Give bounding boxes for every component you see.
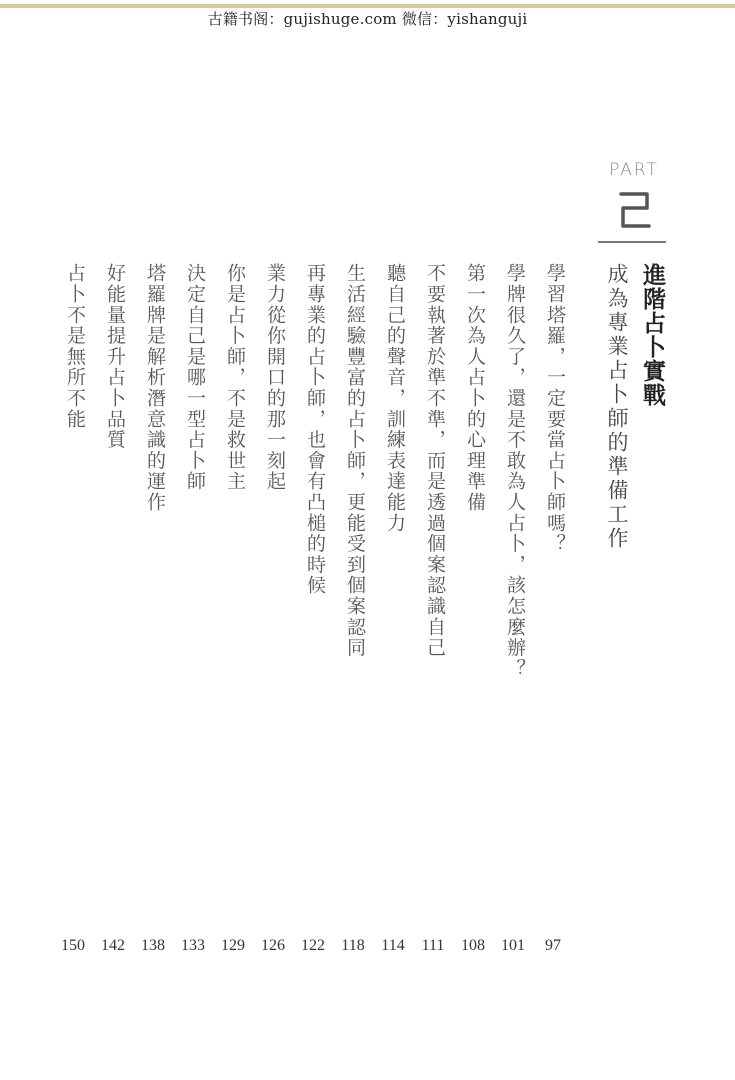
page-number: 150 bbox=[53, 937, 93, 955]
toc-entry[interactable]: 第一次為人占卜的心理準備 bbox=[462, 263, 489, 513]
page-number: 97 bbox=[533, 937, 573, 955]
toc-entry[interactable]: 占卜不是無所不能 bbox=[62, 263, 89, 429]
page-number: 118 bbox=[333, 937, 373, 955]
page-number: 111 bbox=[413, 937, 453, 955]
page-number: 133 bbox=[173, 937, 213, 955]
watermark-text: 古籍书阁：gujishuge.com 微信：yishanguji bbox=[0, 8, 735, 29]
page-number: 129 bbox=[213, 937, 253, 955]
part-label: PART bbox=[603, 160, 665, 180]
toc-entry[interactable]: 你是占卜師，不是救世主 bbox=[222, 263, 249, 492]
toc-entry[interactable]: 塔羅牌是解析潛意識的運作 bbox=[142, 263, 169, 513]
page-number: 122 bbox=[293, 937, 333, 955]
toc-entry[interactable]: 業力從你開口的那一刻起 bbox=[262, 263, 289, 492]
toc-entry[interactable]: 學牌很久了，還是不敢為人占卜，該怎麼辦？ bbox=[502, 263, 529, 679]
toc-entry[interactable]: 決定自己是哪一型占卜師 bbox=[182, 263, 209, 492]
part-divider bbox=[598, 241, 666, 243]
toc-entry[interactable]: 學習塔羅，一定要當占卜師嗎？ bbox=[542, 263, 569, 554]
toc-entry[interactable]: 再專業的占卜師，也會有凸槌的時候 bbox=[302, 263, 329, 596]
page-number: 126 bbox=[253, 937, 293, 955]
page-number: 101 bbox=[493, 937, 533, 955]
page-number: 142 bbox=[93, 937, 133, 955]
toc-entry[interactable]: 生活經驗豐富的占卜師，更能受到個案認同 bbox=[342, 263, 369, 658]
part-subtitle: 成為專業占卜師的準備工作 bbox=[602, 263, 632, 551]
page-number: 138 bbox=[133, 937, 173, 955]
toc-entry[interactable]: 好能量提升占卜品質 bbox=[102, 263, 129, 450]
page-number: 114 bbox=[373, 937, 413, 955]
part-title: 進階占卜實戰 bbox=[636, 263, 669, 407]
part-number-glyph bbox=[617, 188, 653, 232]
toc-entry[interactable]: 不要執著於準不準，而是透過個案認識自己 bbox=[422, 263, 449, 658]
page-number: 108 bbox=[453, 937, 493, 955]
toc-entry[interactable]: 聽自己的聲音，訓練表達能力 bbox=[382, 263, 409, 533]
